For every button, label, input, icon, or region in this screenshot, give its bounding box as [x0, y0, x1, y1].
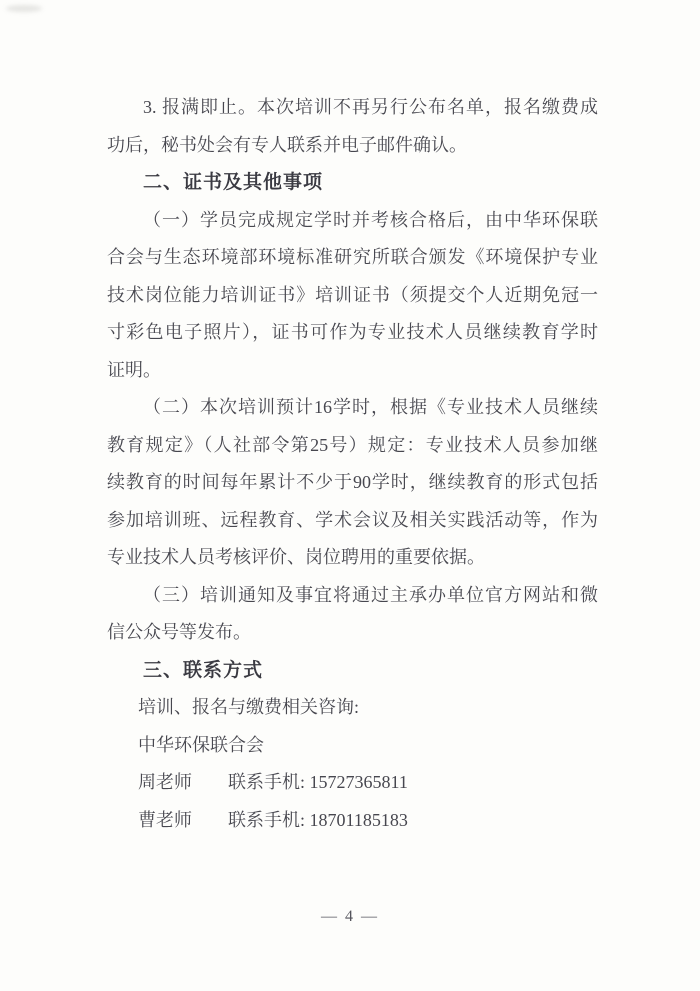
text-line: 教育规定》（人社部令第25号）规定：专业技术人员参加继 — [107, 427, 598, 465]
text-line: 证明。 — [107, 352, 598, 390]
contact-line: 曹老师 联系手机: 18701185183 — [107, 802, 598, 840]
section-heading: 三、联系方式 — [107, 652, 598, 690]
document-body: 3. 报满即止。本次培训不再另行公布名单，报名缴费成功后，秘书处会有专人联系并电… — [107, 89, 598, 839]
text-line: 功后，秘书处会有专人联系并电子邮件确认。 — [107, 127, 598, 165]
contact-line: 中华环保联合会 — [107, 727, 598, 765]
text-line: 专业技术人员考核评价、岗位聘用的重要依据。 — [107, 539, 598, 577]
text-line: 合会与生态环境部环境标准研究所联合颁发《环境保护专业 — [107, 239, 598, 277]
text-line: 参加培训班、远程教育、学术会议及相关实践活动等，作为 — [107, 502, 598, 540]
page-number: — 4 — — [0, 908, 700, 926]
contact-line: 培训、报名与缴费相关咨询: — [107, 689, 598, 727]
document-page: 3. 报满即止。本次培训不再另行公布名单，报名缴费成功后，秘书处会有专人联系并电… — [0, 0, 700, 991]
page-number-text: — 4 — — [321, 908, 379, 925]
text-line: （三）培训通知及事宜将通过主承办单位官方网站和微 — [107, 577, 598, 615]
text-line: 寸彩色电子照片），证书可作为专业技术人员继续教育学时 — [107, 314, 598, 352]
text-line: 续教育的时间每年累计不少于90学时，继续教育的形式包括 — [107, 464, 598, 502]
text-line: 信公众号等发布。 — [107, 614, 598, 652]
text-line: （二）本次培训预计16学时，根据《专业技术人员继续 — [107, 389, 598, 427]
scan-artifact — [6, 5, 42, 12]
section-heading: 二、证书及其他事项 — [107, 164, 598, 202]
contact-line: 周老师 联系手机: 15727365811 — [107, 764, 598, 802]
text-line: 技术岗位能力培训证书》培训证书（须提交个人近期免冠一 — [107, 277, 598, 315]
text-line: （一）学员完成规定学时并考核合格后，由中华环保联 — [107, 202, 598, 240]
text-line: 3. 报满即止。本次培训不再另行公布名单，报名缴费成 — [107, 89, 598, 127]
